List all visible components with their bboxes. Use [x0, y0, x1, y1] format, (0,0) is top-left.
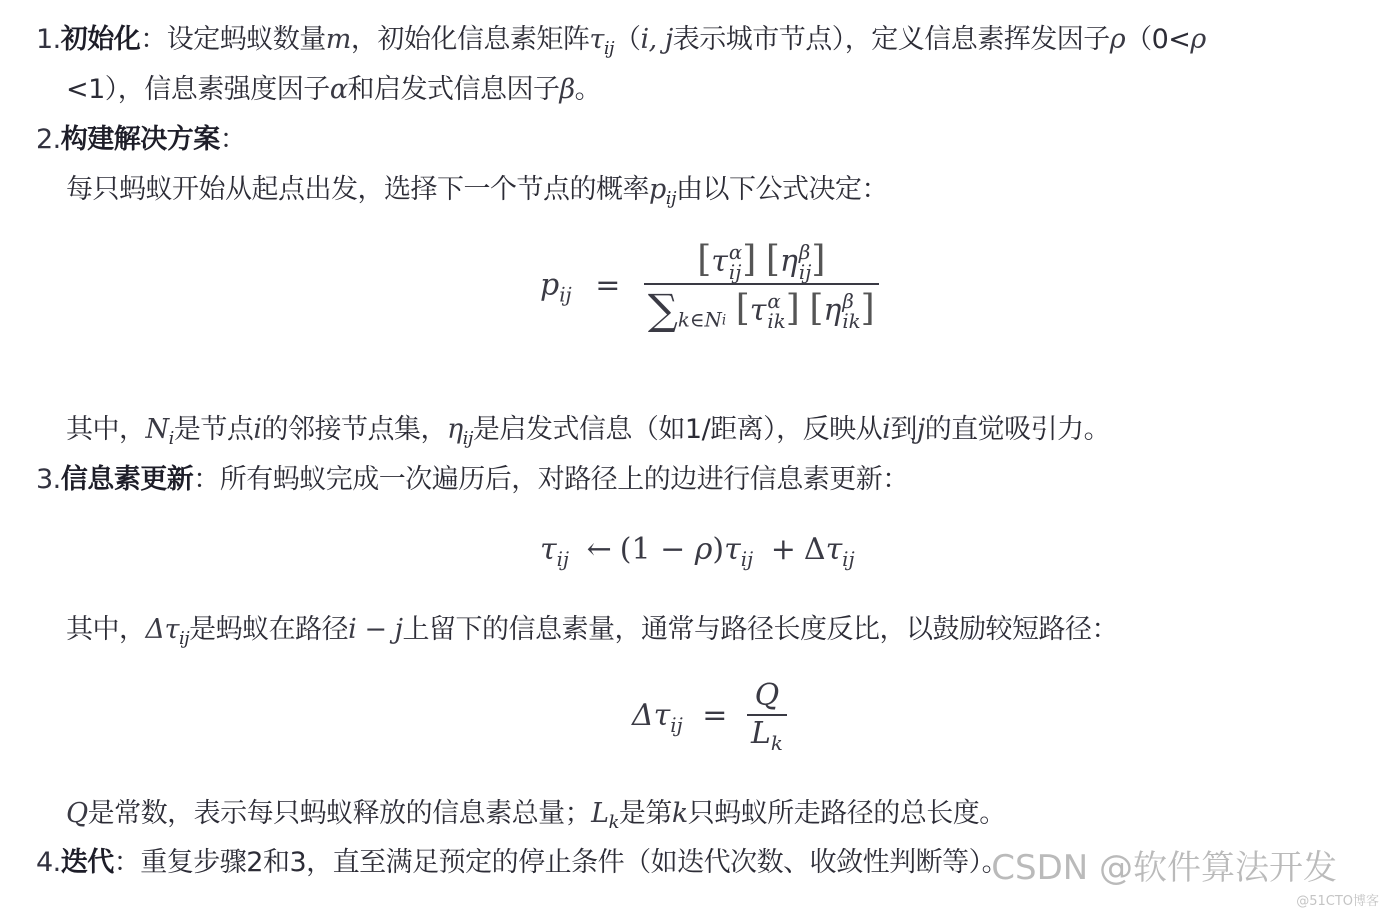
step-2-note: 其中，Ni是节点i的邻接节点集，ηij是启发式信息（如1/距离），反映从i到j的…: [66, 412, 1110, 457]
delta-tau-formula: Δτij = Q Lk: [632, 678, 787, 756]
denominator: ∑k∈Ni [ταik] [ηβik]: [644, 285, 879, 335]
step-title: 迭代: [61, 847, 114, 878]
math-tau: τ: [589, 24, 603, 55]
probability-formula: pij = [ταij] [ηβij] ∑k∈Ni [ταik] [ηβik]: [540, 238, 879, 335]
math-alpha: α: [330, 74, 348, 105]
step-3-note: 其中，Δτij是蚂蚁在路径i − j上留下的信息素量，通常与路径长度反比，以鼓励…: [66, 612, 1118, 657]
step-2-line-1: 每只蚂蚁开始从起点出发，选择下一个节点的概率pij由以下公式决定：: [66, 172, 888, 217]
step-number: 1.: [36, 22, 61, 58]
step-3-note-2: Q是常数，表示每只蚂蚁释放的信息素总量；Lk是第k只蚂蚁所走路径的总长度。: [66, 796, 1006, 841]
fraction: Q Lk: [747, 678, 787, 756]
math-m: m: [326, 24, 351, 55]
numerator: [ταij] [ηβij]: [693, 238, 829, 283]
site-watermark: @51CTO博客: [1296, 890, 1379, 909]
step-1-line-1: 1.初始化：设定蚂蚁数量m，初始化信息素矩阵τij（i, j表示城市节点），定义…: [36, 22, 1206, 67]
csdn-watermark: CSDN @软件算法开发: [991, 840, 1337, 889]
step-number: 2.: [36, 122, 61, 158]
step-2-heading: 2.构建解决方案：: [36, 122, 246, 158]
step-1-line-2: <1），信息素强度因子α和启发式信息因子β。: [66, 72, 601, 108]
step-title: 构建解决方案: [61, 124, 220, 155]
math-beta: β: [560, 74, 575, 105]
fraction: [ταij] [ηβij] ∑k∈Ni [ταik] [ηβik]: [644, 238, 879, 335]
step-number: 3.: [36, 462, 61, 498]
step-title: 初始化: [61, 24, 141, 55]
step-3-heading: 3.信息素更新：所有蚂蚁完成一次遍历后，对路径上的边进行信息素更新：: [36, 462, 909, 498]
math-rho: ρ: [1110, 24, 1125, 55]
step-4-line: 4.迭代：重复步骤2和3，直至满足预定的停止条件（如迭代次数、收敛性判断等）。: [36, 845, 1008, 881]
step-number: 4.: [36, 845, 61, 881]
pheromone-update-formula: τij ←(1 − ρ)τij +Δτij: [540, 532, 855, 571]
step-title: 信息素更新: [61, 464, 194, 495]
